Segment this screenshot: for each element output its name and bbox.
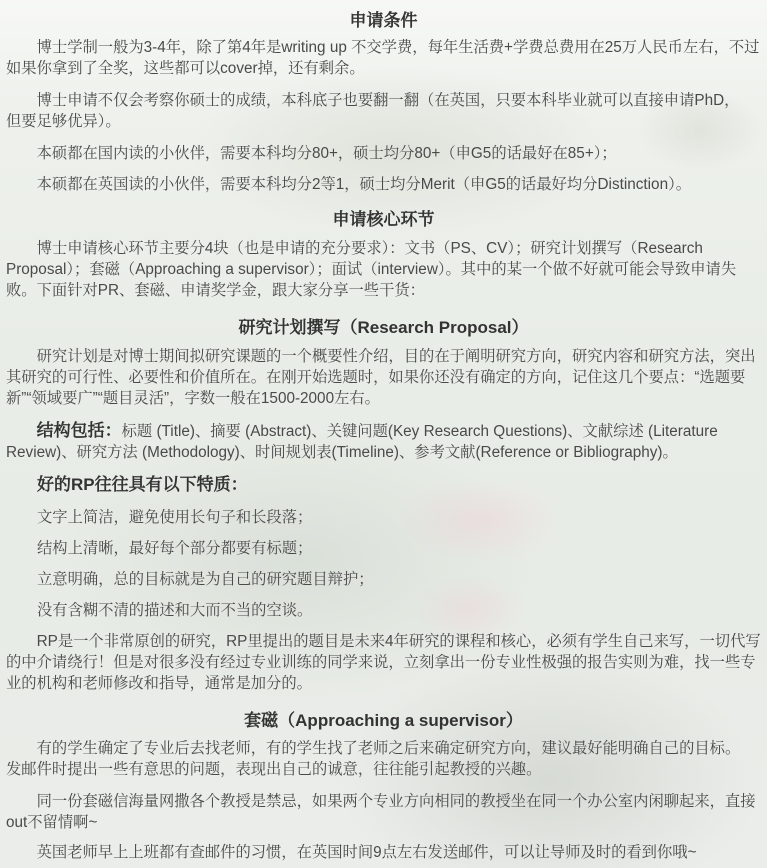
section-heading-approaching-supervisor: 套磁（Approaching a supervisor） xyxy=(0,706,767,731)
section-heading-requirements: 申请条件 xyxy=(0,6,767,31)
quality-item: 结构上清晰，最好每个部分都要有标题； xyxy=(6,538,767,559)
quality-item: 没有含糊不清的描述和大而不当的空谈。 xyxy=(6,600,767,621)
paragraph: 有的学生确定了专业后去找老师，有的学生找了老师之后来确定研究方向，建议最好能明确… xyxy=(6,738,746,780)
quality-item: 立意明确，总的目标就是为自己的研究题目辩护； xyxy=(6,569,767,590)
paragraph: 研究计划是对博士期间拟研究课题的一个概要性介绍，目的在于阐明研究方向，研究内容和… xyxy=(6,346,763,409)
paragraph: 博士学制一般为3-4年，除了第4年是writing up 不交学费，每年生活费+… xyxy=(6,37,763,79)
section-heading-research-proposal: 研究计划撰写（Research Proposal） xyxy=(0,313,767,338)
paragraph: 博士申请核心环节主要分4块（也是申请的充分要求）：文书（PS、CV）；研究计划撰… xyxy=(6,238,763,301)
paragraph: 本硕都在英国读的小伙伴，需要本科均分2等1，硕士均分Merit（申G5的话最好均… xyxy=(6,174,763,195)
structure-lead: 结构包括： xyxy=(37,421,122,440)
paragraph: 博士申请不仅会考察你硕士的成绩，本科底子也要翻一翻（在英国，只要本科毕业就可以直… xyxy=(6,90,746,132)
paragraph: 本硕都在国内读的小伙伴，需要本科均分80+，硕士均分80+（申G5的话最好在85… xyxy=(6,143,763,164)
quality-item: 文字上简洁，避免使用长句子和长段落； xyxy=(6,507,767,528)
structure-paragraph: 结构包括：标题 (Title)、摘要 (Abstract)、关键问题(Key R… xyxy=(6,420,763,463)
section-heading-core-steps: 申请核心环节 xyxy=(0,205,767,230)
qualities-heading: 好的RP往往具有以下特质： xyxy=(6,474,248,496)
paragraph: 英国老师早上上班都有查邮件的习惯，在英国时间9点左右发送邮件，可以让导师及时的看… xyxy=(6,842,763,863)
paragraph: 同一份套磁信海量网撒各个教授是禁忌，如果两个专业方向相同的教授坐在同一个办公室内… xyxy=(6,791,763,833)
paragraph: RP是一个非常原创的研究，RP里提出的题目是未来4年研究的课程和核心，必须有学生… xyxy=(6,631,763,694)
